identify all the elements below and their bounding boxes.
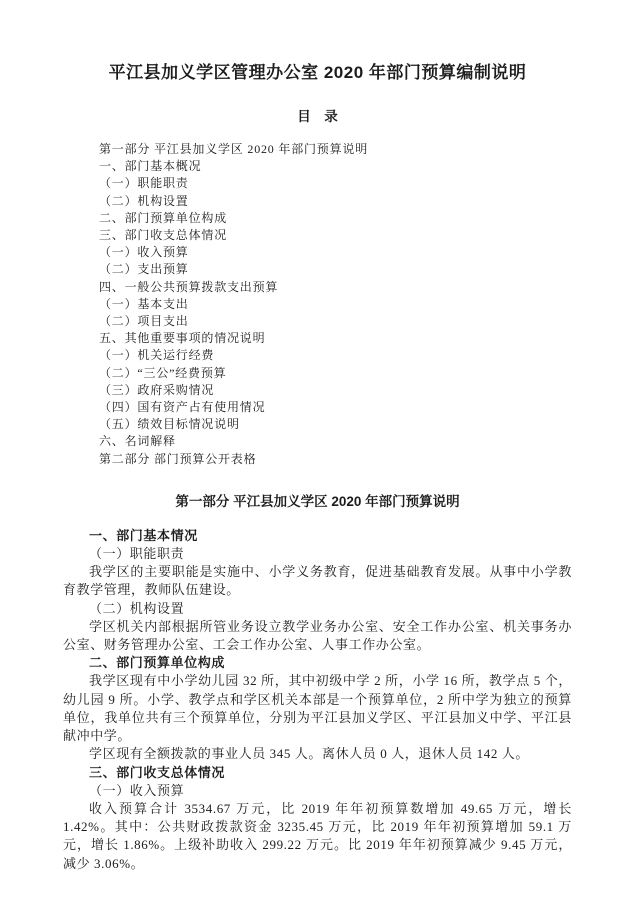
content-paragraph: 学区现有全额拨款的事业人员 345 人。离休人员 0 人，退休人员 142 人。 <box>63 745 572 763</box>
toc-item: 四、一般公共预算拨款支出预算 <box>99 279 572 296</box>
part1-content: 一、部门基本情况（一）职能职责我学区的主要职能是实施中、小学义务教育，促进基础教… <box>63 527 572 873</box>
toc-item: （三）政府采购情况 <box>99 382 572 399</box>
toc-item: （一）基本支出 <box>99 296 572 313</box>
content-heading: 三、部门收支总体情况 <box>63 764 572 782</box>
toc-item: 六、名词解释 <box>99 433 572 450</box>
content-subheading: （二）机构设置 <box>63 600 572 618</box>
toc-item: （二）“三公”经费预算 <box>99 365 572 382</box>
toc-item: （四）国有资产占有使用情况 <box>99 399 572 416</box>
toc-heading: 目 录 <box>63 108 572 126</box>
toc-item: 五、其他重要事项的情况说明 <box>99 330 572 347</box>
toc-item: 第二部分 部门预算公开表格 <box>99 451 572 468</box>
content-heading: 二、部门预算单位构成 <box>63 654 572 672</box>
toc-item: （一）收入预算 <box>99 244 572 261</box>
toc-list: 第一部分 平江县加义学区 2020 年部门预算说明一、部门基本概况（一）职能职责… <box>99 141 572 468</box>
toc-item: （一）机关运行经费 <box>99 347 572 364</box>
document-title: 平江县加义学区管理办公室 2020 年部门预算编制说明 <box>63 62 572 84</box>
toc-item: 三、部门收支总体情况 <box>99 227 572 244</box>
content-paragraph: 学区机关内部根据所管业务设立教学业务办公室、安全工作办公室、机关事务办公室、财务… <box>63 618 572 654</box>
toc-item: （二）支出预算 <box>99 261 572 278</box>
toc-item: 一、部门基本概况 <box>99 158 572 175</box>
content-paragraph: 我学区现有中小学幼儿园 32 所，其中初级中学 2 所，小学 16 所，教学点 … <box>63 672 572 745</box>
toc-item: （二）机构设置 <box>99 193 572 210</box>
toc-item: （五）绩效目标情况说明 <box>99 416 572 433</box>
toc-item: （一）职能职责 <box>99 175 572 192</box>
part1-heading: 第一部分 平江县加义学区 2020 年部门预算说明 <box>63 492 572 511</box>
content-subheading: （一）职能职责 <box>63 545 572 563</box>
toc-item: 第一部分 平江县加义学区 2020 年部门预算说明 <box>99 141 572 158</box>
content-paragraph: 收入预算合计 3534.67 万元，比 2019 年年初预算数增加 49.65 … <box>63 800 572 873</box>
toc-item: （二）项目支出 <box>99 313 572 330</box>
toc-item: 二、部门预算单位构成 <box>99 210 572 227</box>
content-subheading: （一）收入预算 <box>63 782 572 800</box>
document-page: 平江县加义学区管理办公室 2020 年部门预算编制说明 目 录 第一部分 平江县… <box>0 0 635 898</box>
content-heading: 一、部门基本情况 <box>63 527 572 545</box>
content-paragraph: 我学区的主要职能是实施中、小学义务教育，促进基础教育发展。从事中小学教育教学管理… <box>63 563 572 599</box>
